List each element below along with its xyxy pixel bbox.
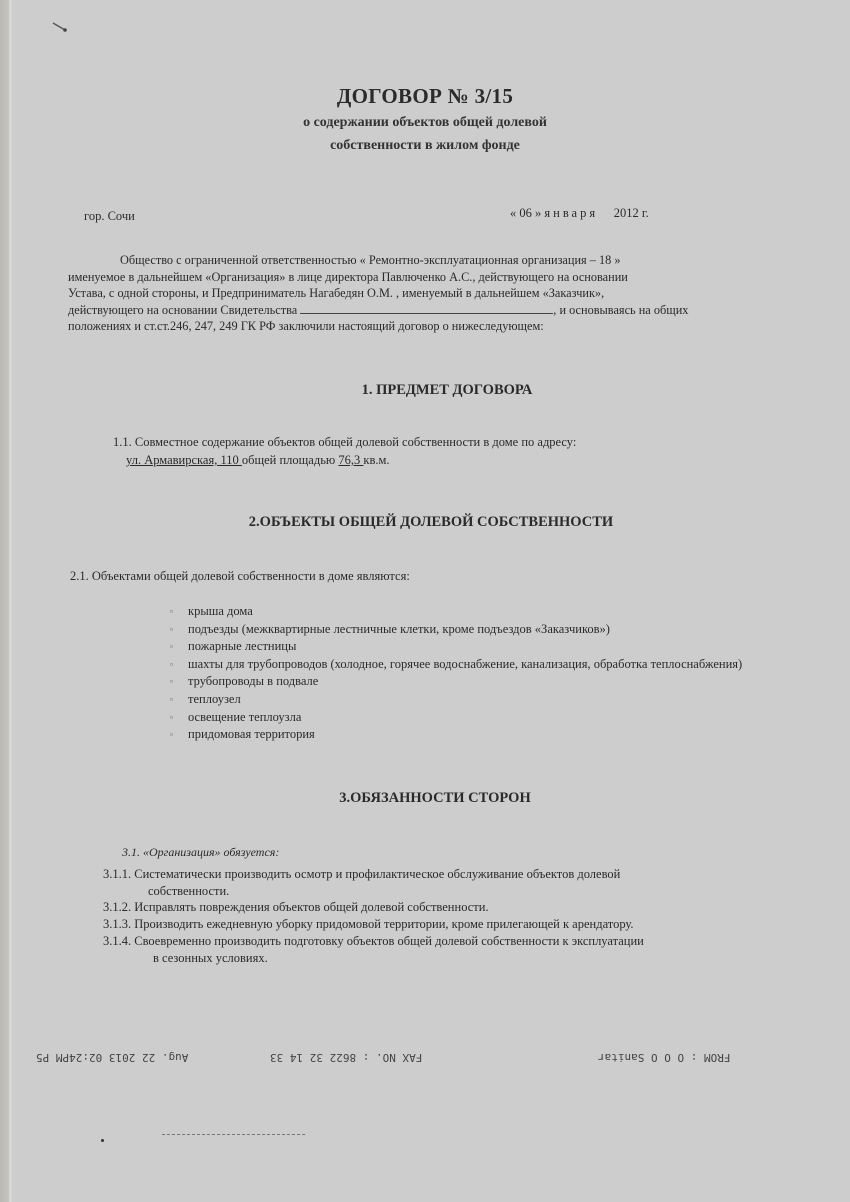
scan-left-edge-highlight (9, 0, 12, 1202)
preamble: Общество с ограниченной ответственностью… (68, 252, 783, 335)
bullet-icon: ▫ (170, 656, 173, 674)
clause-3-1: 3.1. «Организация» обязуется: (122, 844, 279, 861)
list-item: ▫теплоузел (170, 691, 762, 709)
area-value: 76,3 (338, 453, 363, 467)
scan-left-edge (0, 0, 9, 1202)
list-item-text: теплоузел (188, 692, 241, 706)
fax-header-number: FAX NO. : 8622 32 14 33 (270, 1051, 422, 1064)
preamble-line: Устава, с одной стороны, и Предпринимате… (68, 285, 783, 302)
list-item-text: придомовая территория (188, 727, 315, 741)
obligations-list: 3.1.1. Систематически производить осмотр… (103, 866, 763, 966)
section-2-heading: 2.ОБЪЕКТЫ ОБЩЕЙ ДОЛЕВОЙ СОБСТВЕННОСТИ (6, 514, 850, 531)
stray-dot (101, 1139, 104, 1142)
fax-header-datetime: Aug. 22 2013 02:24PM P5 (36, 1051, 188, 1064)
list-item: ▫трубопроводы в подвале (170, 673, 762, 691)
preamble-text: , и основываясь на общих (553, 303, 688, 317)
section-1-heading: 1. ПРЕДМЕТ ДОГОВОРА (22, 382, 850, 399)
date-year: 2012 г. (614, 206, 649, 220)
date-month: января (544, 206, 598, 220)
obligation-item: 3.1.3. Производить ежедневную уборку при… (103, 916, 763, 933)
list-item: ▫придомовая территория (170, 726, 762, 744)
preamble-line: положениях и ст.ст.246, 247, 249 ГК РФ з… (68, 318, 783, 335)
property-objects-list: ▫крыша дома▫подъезды (межквартирные лест… (170, 603, 762, 744)
list-item-text: шахты для трубопроводов (холодное, горяч… (188, 657, 742, 671)
clause-1-1: 1.1. Совместное содержание объектов обще… (113, 434, 576, 451)
address-value: ул. Армавирская, 110 (126, 453, 242, 467)
fax-header-from: FROM : O O O Sanitar (598, 1051, 730, 1064)
obligation-item: 3.1.1. Систематически производить осмотр… (103, 866, 763, 883)
obligation-item-continuation: собственности. (103, 883, 763, 900)
bullet-icon: ▫ (170, 691, 173, 709)
contract-date: « 06 » января 2012 г. (510, 206, 649, 221)
list-item: ▫подъезды (межквартирные лестничные клет… (170, 621, 762, 639)
city: гор. Сочи (84, 209, 135, 224)
obligation-item: 3.1.4. Своевременно производить подготов… (103, 933, 763, 950)
bullet-icon: ▫ (170, 603, 173, 621)
obligation-item-continuation: в сезонных условиях. (103, 950, 763, 967)
bullet-icon: ▫ (170, 709, 173, 727)
list-item: ▫пожарные лестницы (170, 638, 762, 656)
clause-1-1-address: ул. Армавирская, 110 общей площадью 76,3… (126, 452, 390, 469)
section-3-heading: 3.ОБЯЗАННОСТИ СТОРОН (10, 790, 850, 807)
obligation-item: 3.1.2. Исправлять повреждения объектов о… (103, 899, 763, 916)
area-label: общей площадью (242, 453, 338, 467)
list-item: ▫крыша дома (170, 603, 762, 621)
list-item-text: освещение теплоузла (188, 710, 301, 724)
clause-2-1: 2.1. Объектами общей долевой собственнос… (70, 568, 410, 585)
preamble-line: именуемое в дальнейшем «Организация» в л… (68, 269, 783, 286)
list-item-text: подъезды (межквартирные лестничные клетк… (188, 622, 610, 636)
contract-subtitle-line2: собственности в жилом фонде (0, 138, 850, 154)
contract-title: ДОГОВОР № 3/15 (0, 84, 850, 109)
certificate-blank-field (300, 303, 553, 314)
preamble-line: Общество с ограниченной ответственностью… (68, 252, 783, 269)
date-day: « 06 » (510, 206, 541, 220)
bullet-icon: ▫ (170, 726, 173, 744)
list-item: ▫шахты для трубопроводов (холодное, горя… (170, 656, 762, 674)
list-item-text: крыша дома (188, 604, 253, 618)
preamble-text: действующего на основании Свидетельства (68, 303, 300, 317)
list-item-text: трубопроводы в подвале (188, 674, 318, 688)
bullet-icon: ▫ (170, 621, 173, 639)
area-unit: кв.м. (363, 453, 389, 467)
list-item: ▫освещение теплоузла (170, 709, 762, 727)
list-item-text: пожарные лестницы (188, 639, 296, 653)
pen-mark (50, 20, 72, 34)
preamble-line: действующего на основании Свидетельства … (68, 302, 783, 319)
bullet-icon: ▫ (170, 638, 173, 656)
dashed-line (162, 1134, 305, 1135)
bullet-icon: ▫ (170, 673, 173, 691)
contract-subtitle-line1: о содержании объектов общей долевой (0, 115, 850, 131)
